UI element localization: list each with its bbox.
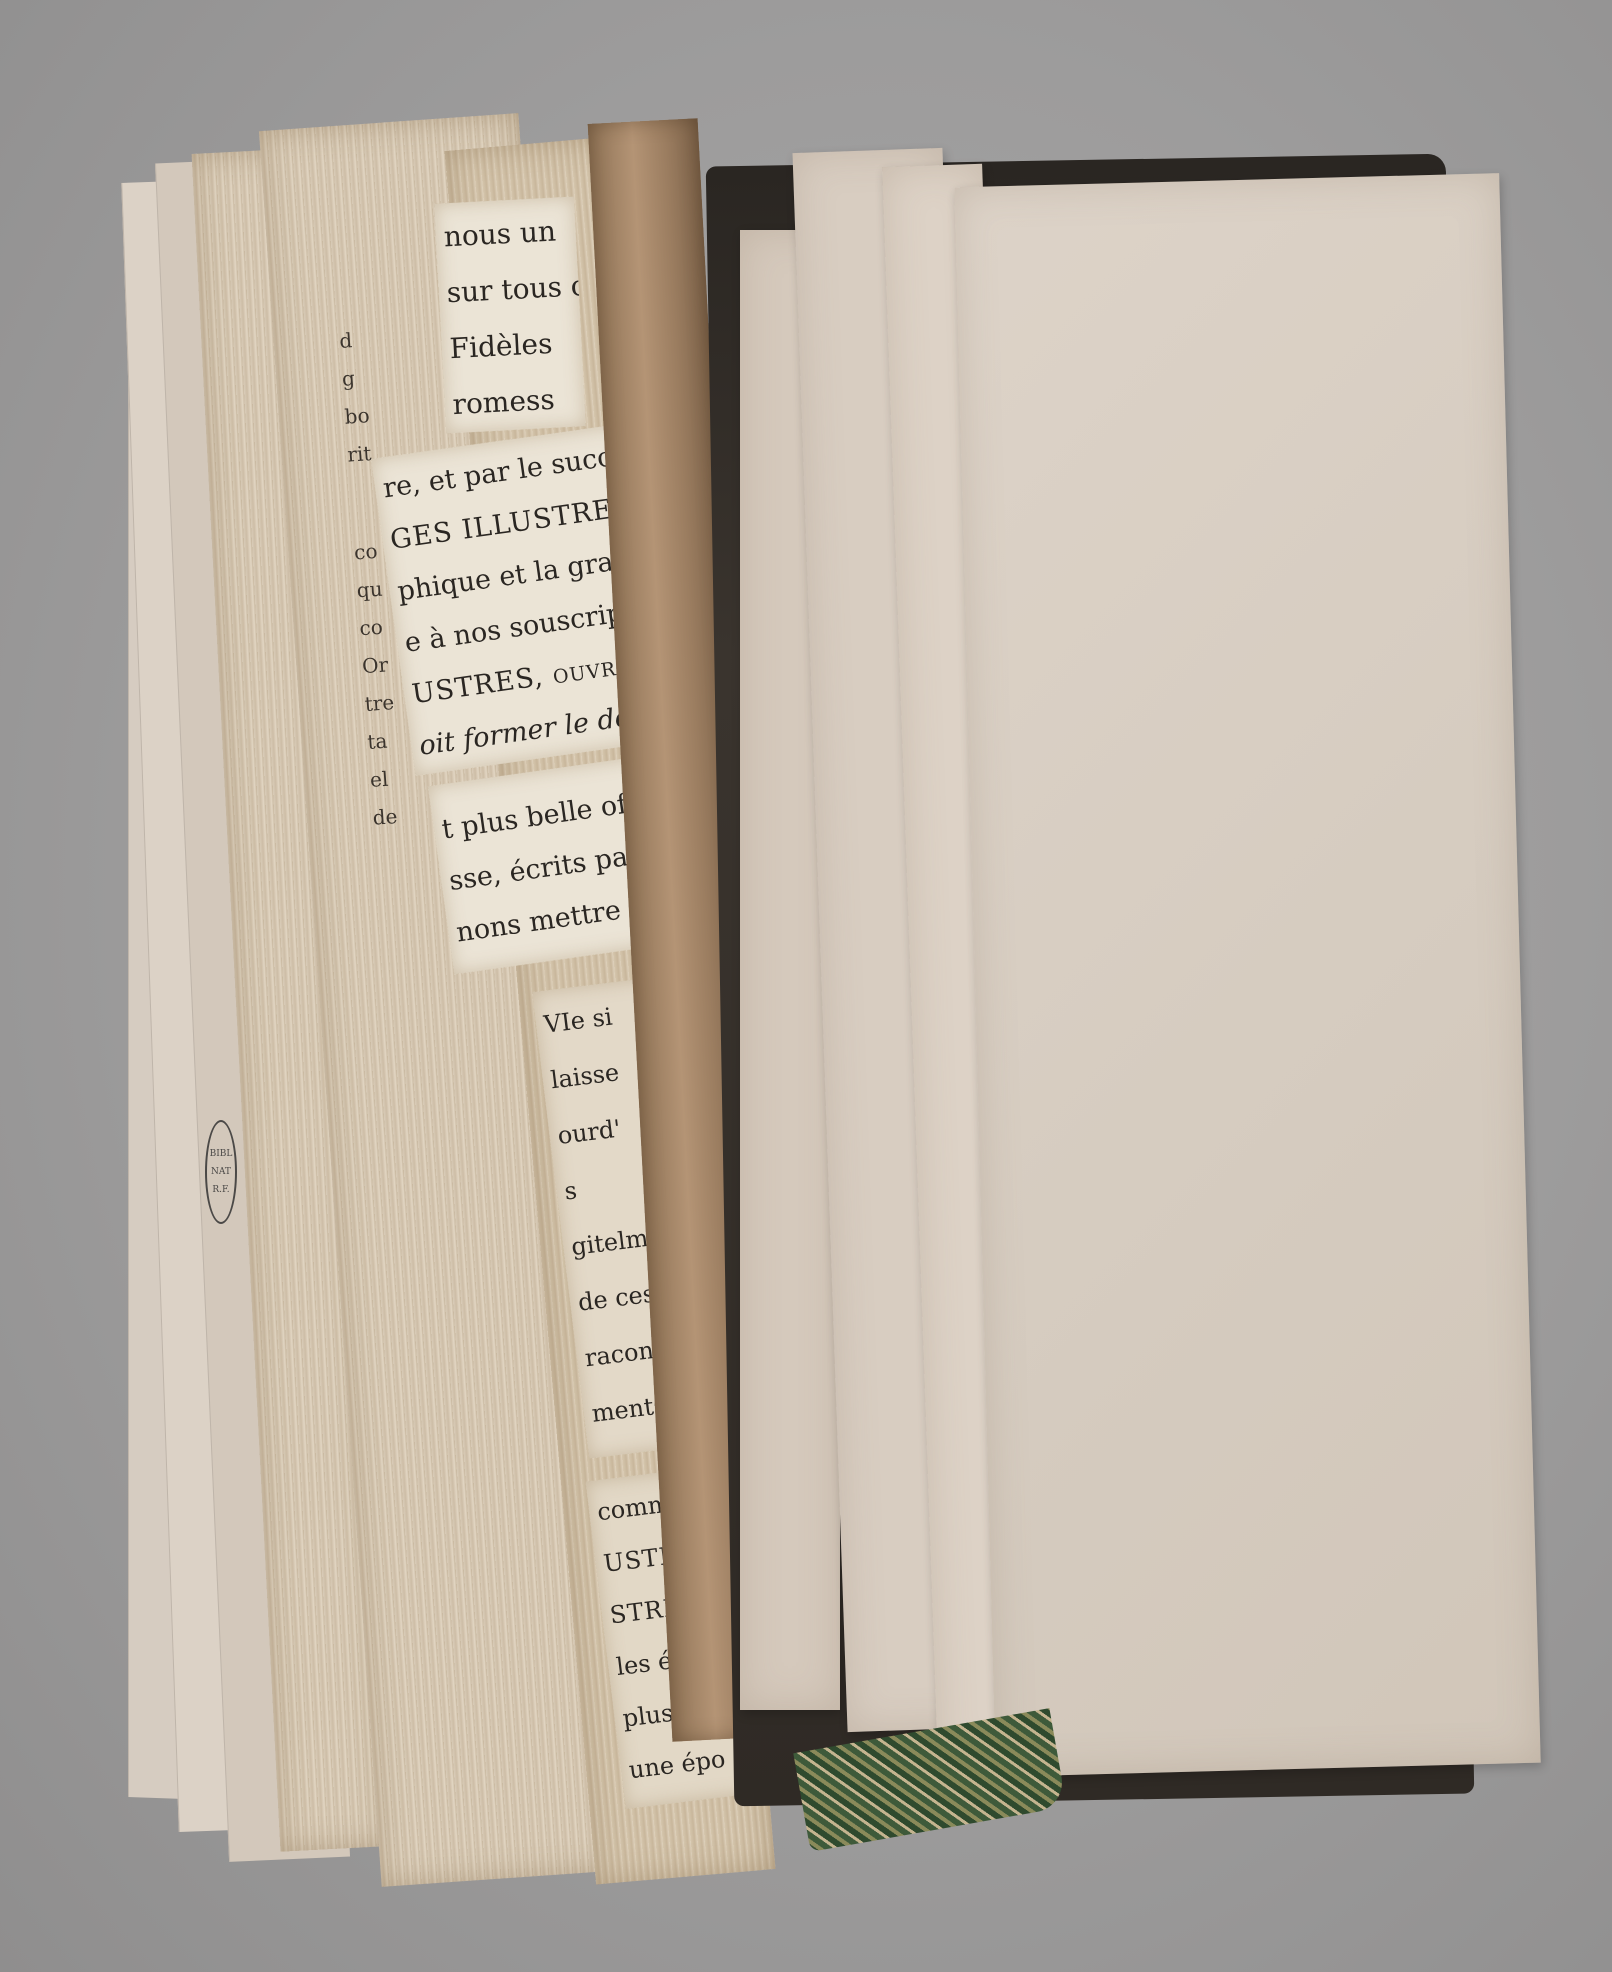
fragment-line: romess	[451, 371, 578, 433]
fragment-line: sur tous c	[445, 259, 572, 321]
side-text-line: d	[338, 319, 381, 360]
stamp-line: NAT	[207, 1167, 235, 1177]
side-text-line: bo	[343, 395, 386, 436]
fragment-line: nous un	[442, 203, 569, 265]
side-text-line: el	[369, 758, 412, 799]
side-text-line: tre	[363, 682, 406, 723]
front-flyleaf	[954, 173, 1540, 1777]
photo-scene: BIBL NAT R.F. d g bo rit co qu co Or tre…	[0, 0, 1612, 1972]
side-text-line: g	[341, 357, 384, 398]
spine-fragment-upper: nous un sur tous c Fidèles romess	[434, 196, 586, 433]
side-text-line: ta	[366, 720, 409, 761]
stamp-line: R.F.	[207, 1185, 235, 1195]
fragment-line: Fidèles	[448, 315, 575, 377]
library-stamp: BIBL NAT R.F.	[205, 1120, 237, 1224]
stamp-line: BIBL	[207, 1149, 235, 1159]
side-text-line: de	[371, 796, 414, 837]
